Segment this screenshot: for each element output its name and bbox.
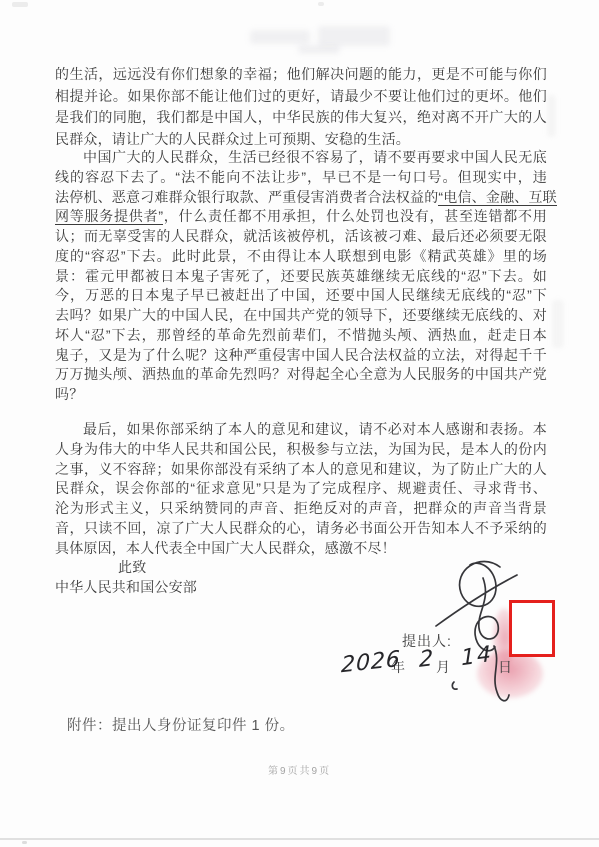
text-line: 法停机、恶意刁难群众银行取款、严重侵害消费者合法权益的“电信、金融、互联: [55, 188, 547, 208]
text-line: 沦为形式主义，只采纳赞同的声音、拒绝反对的声音，把群众的声音当背景: [55, 499, 547, 519]
scan-edge-line: [0, 838, 599, 840]
text-line: 最后，如果你部采纳了本人的意见和建议，请不必对本人感谢和表扬。本: [55, 420, 547, 440]
scan-smudge: [547, 95, 556, 137]
redaction-box: [509, 600, 555, 657]
text-line: 认；而无辜受害的人民群众，就活该被停机，活该被刁难、最后还必须要无限: [55, 227, 547, 247]
underlined-segment: “电信、金融、互联: [438, 189, 556, 206]
text-line: 中国广大的人民群众，生活已经很不容易了，请不要再要求中国人民无底: [55, 148, 547, 168]
bleedthrough-artifact: [298, 45, 340, 54]
text-line: 音，只读不回，凉了广大人民群众的心，请务必书面公开告知本人不予采纳的: [55, 519, 547, 539]
text-line: 的生活，远远没有你们想象的幸福；他们解决问题的能力，更是不可能与你们: [55, 64, 547, 86]
text-line: 之事，义不容辞；如果你部没有采纳了本人的意见和建议，为了防止广大的人: [55, 460, 547, 480]
scan-speck: [12, 2, 28, 7]
text-line: 鬼子，又是为了什么呢？这种严重侵害中国人民合法权益的立法，对得起千千: [55, 346, 547, 366]
text-line: 景：霍元甲都被日本鬼子害死了，还要民族英雄继续无底线的“忍”下去。如: [55, 267, 547, 287]
bleedthrough-artifact: [318, 26, 390, 46]
scan-smudge: [552, 300, 564, 348]
underlined-segment: 网等服务提供者”: [55, 208, 163, 225]
signature-stroke: [494, 646, 509, 701]
text-line: 万万抛头颅、洒热血的革命先烈吗？对得起全心全意为人民服务的中国共产党: [55, 365, 547, 385]
page-number: 第9页共9页: [268, 762, 331, 777]
signature-stroke: [460, 561, 500, 606]
signature-stroke: [452, 682, 457, 689]
bleedthrough-artifact: [250, 30, 310, 44]
text-line: 度的“容忍”下去。此时此景，不由得让本人联想到电影《精武英雄》里的场: [55, 247, 547, 267]
attachment-note: 附件：提出人身份证复印件 1 份。: [67, 714, 295, 735]
document-page: 的生活，远远没有你们想象的幸福；他们解决问题的能力，更是不可能与你们 相提并论。…: [0, 0, 599, 847]
text-line: 网等服务提供者”，什么责任都不用承担，什么处罚也没有，甚至连错都不用: [55, 207, 547, 227]
text-line: 是我们的同胞，我们都是中国人，中华民族的伟大复兴，绝对离不开广大的人: [55, 107, 547, 129]
text-line: 吗？: [55, 385, 547, 405]
paragraph-1: 的生活，远远没有你们想象的幸福；他们解决问题的能力，更是不可能与你们 相提并论。…: [55, 64, 547, 150]
text-line: 线的容忍下去了。“法不能向不法让步”，早已不是一句口号。但现实中，违: [55, 168, 547, 188]
text-line: 民群众，误会你部的“征求意见”只是为了完成程序、规避责任、寻求背书、: [55, 479, 547, 499]
scan-speck: [22, 841, 27, 844]
text-segment: ，什么责任都不用承担，什么处罚也没有，甚至连错都不用: [163, 208, 547, 224]
signature-stroke: [436, 575, 517, 626]
text-segment: 法停机、恶意刁难群众银行取款、严重侵害消费者合法权益的: [55, 189, 438, 205]
paragraph-2: 中国广大的人民群众，生活已经很不容易了，请不要再要求中国人民无底 线的容忍下去了…: [55, 148, 547, 405]
text-line: 去吗？如果广大的中国人民，在中国共产党的领导下，还要继续无底线的、对: [55, 306, 547, 326]
scan-speck: [318, 2, 324, 6]
signature-stroke: [475, 578, 498, 651]
text-line: 相提并论。如果你部不能让他们过的更好，请最少不要让他们过的更坏。他们: [55, 86, 547, 108]
text-line: 坏人“忍”下去，那曾经的革命先烈前辈们，不惜抛头颅、洒热血，赶走日本: [55, 326, 547, 346]
text-line: 人身为伟大的中华人民共和国公民，积极参与立法，为国为民，是本人的份内: [55, 440, 547, 460]
text-line: 今，万恶的日本鬼子早已被赶出了中国，还要中国人民继续无底线的“忍”下: [55, 286, 547, 306]
